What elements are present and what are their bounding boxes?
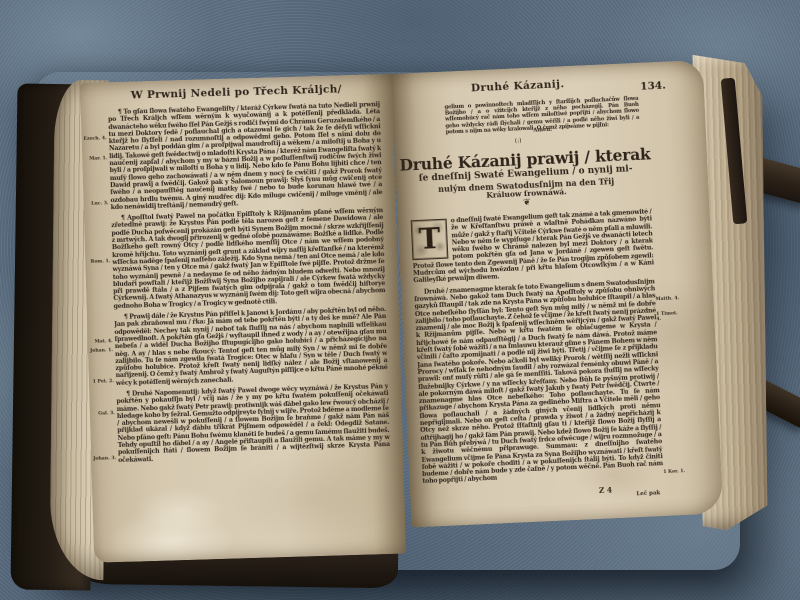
margin-note: Mat. 4.: [87, 339, 113, 345]
margin-note: Rom. 1.: [84, 259, 110, 265]
margin-note: Johan. 1.: [87, 348, 113, 354]
margin-note: Luc. 3.: [83, 201, 109, 207]
margin-note: Ezech. 4.: [81, 136, 107, 142]
margin-note: Matth. 4.: [655, 296, 681, 302]
right-page-running-header: Druhé Kázanij.: [392, 75, 644, 98]
margin-note: Mar. 1.: [81, 156, 107, 162]
drop-cap-initial: T: [411, 219, 449, 261]
page-number: 134.: [640, 80, 666, 93]
body-paragraph: ¶ Apoſſtol ſwatý Pawel na počátku Epiſſt…: [111, 207, 386, 310]
body-paragraph: ¶ Druhé Napomenutij: když ſwatý Pawel dw…: [116, 383, 390, 464]
right-page: Druhé Kázanij. 134. Matth. 4. 1 Timot. 4…: [391, 60, 723, 528]
body-paragraph: To dneſſnij ſwaté Ewangelium geſt tak zn…: [411, 208, 655, 285]
left-page-running-header: W Prwnij Nedeli po Třech Králjch/: [80, 82, 392, 103]
body-paragraph-text: o dneſſnij ſwaté Ewangelium geſt tak zná…: [413, 208, 654, 284]
body-paragraph: ¶ To gſau ſlowa ſwatého Ewangeliſty / kt…: [108, 101, 383, 211]
page-highlight-stain: [120, 480, 240, 540]
page-dark-stain: [560, 440, 670, 510]
left-page-body-text: ¶ To gſau ſlowa ſwatého Ewangeliſty / kt…: [108, 101, 392, 517]
photo-scene: W Prwnij Nedeli po Třech Králjch/ Ezech.…: [0, 0, 800, 600]
margin-note: Gal. 3.: [89, 411, 115, 417]
body-paragraph: ¶ Prawij dále / že Krystus Pán přiſſel k…: [114, 306, 388, 387]
margin-note: Johan. 3.: [90, 456, 116, 462]
margin-note: 1 Timot. 4.: [656, 311, 682, 322]
margin-note: 1 Pet. 2.: [88, 379, 114, 385]
